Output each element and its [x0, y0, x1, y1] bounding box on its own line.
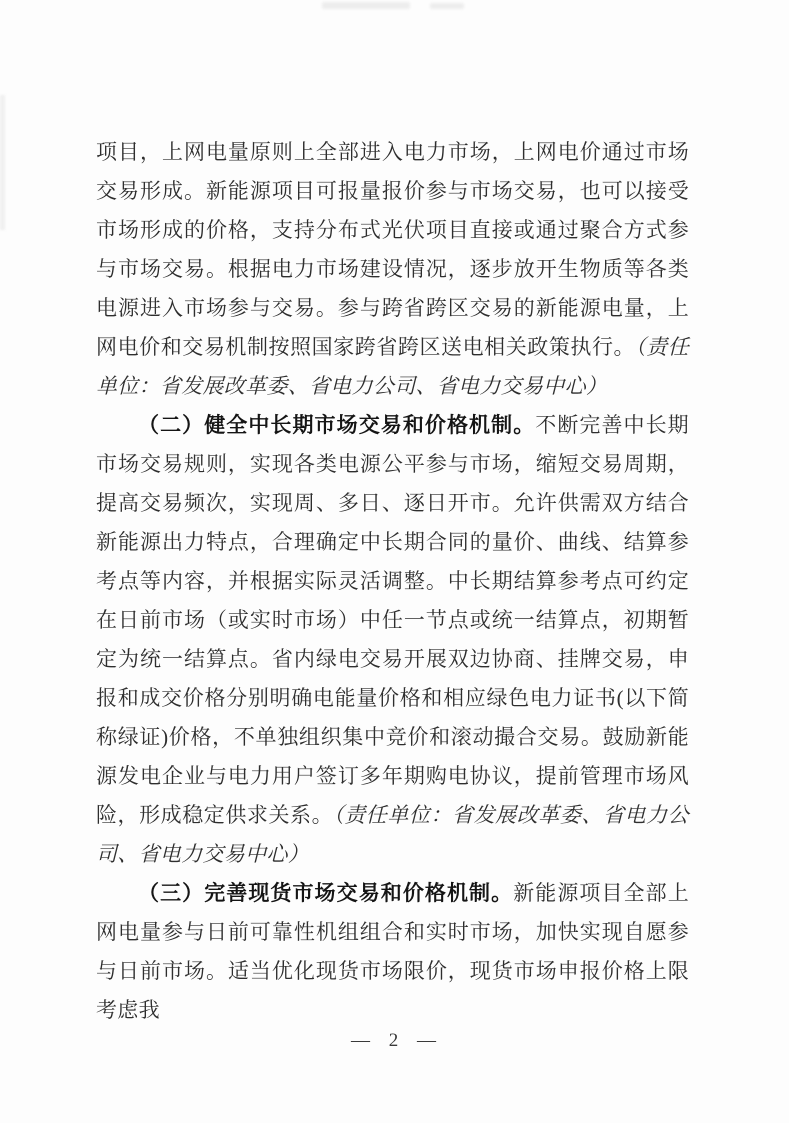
page-number: — 2 —	[351, 1030, 438, 1051]
paragraph-continuation: 项目，上网电量原则上全部进入电力市场，上网电价通过市场交易形成。新能源项目可报量…	[96, 133, 689, 406]
paragraph-text: 项目，上网电量原则上全部进入电力市场，上网电价通过市场交易形成。新能源项目可报量…	[96, 140, 689, 359]
scan-artifact-smudge	[430, 3, 464, 9]
section-2-heading: （二）健全中长期市场交易和价格机制。	[138, 413, 535, 437]
scan-artifact-edge	[0, 95, 5, 230]
scan-artifact-smudge	[322, 2, 410, 9]
paragraph-section-2: （二）健全中长期市场交易和价格机制。不断完善中长期市场交易规则，实现各类电源公平…	[96, 406, 689, 874]
document-body: 项目，上网电量原则上全部进入电力市场，上网电价通过市场交易形成。新能源项目可报量…	[96, 133, 689, 1030]
paragraph-text: 不断完善中长期市场交易规则，实现各类电源公平参与市场，缩短交易周期，提高交易频次…	[96, 413, 689, 827]
section-3-heading: （三）完善现货市场交易和价格机制。	[138, 881, 513, 905]
page-footer: — 2 —	[0, 1030, 789, 1052]
document-page: 项目，上网电量原则上全部进入电力市场，上网电价通过市场交易形成。新能源项目可报量…	[0, 0, 789, 1123]
paragraph-section-3: （三）完善现货市场交易和价格机制。新能源项目全部上网电量参与日前可靠性机组组合和…	[96, 874, 689, 1030]
